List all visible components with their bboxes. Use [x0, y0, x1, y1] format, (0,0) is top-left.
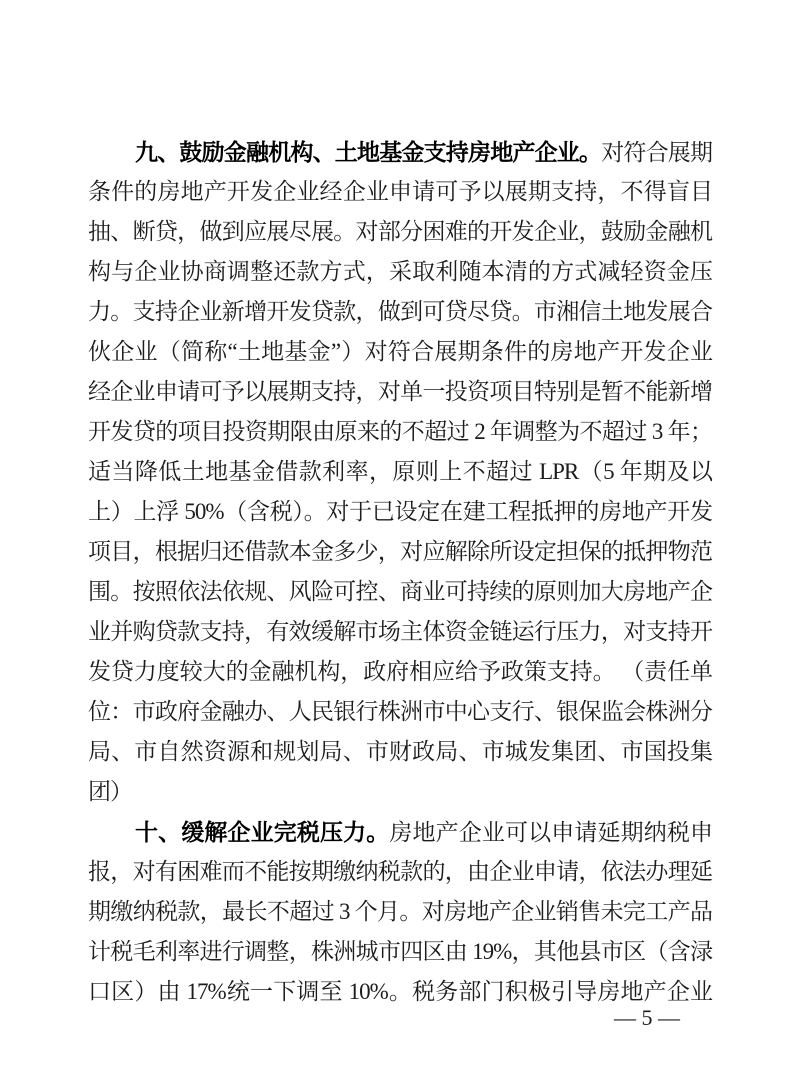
- text-line: 九、鼓励金融机构、土地基金支持房地产企业。对符合展期: [88, 132, 712, 172]
- page-number: — 5 —: [592, 1002, 702, 1034]
- line-text: 伙企业（简称“土地基金”）对符合展期条件的房地产开发企业: [88, 339, 712, 364]
- line-text: 项目，根据归还借款本金多少，对应解除所设定担保的抵押物范: [88, 539, 712, 564]
- line-text: 计税毛利率进行调整，株洲城市四区由 19%，其他县市区（含渌: [88, 939, 712, 964]
- text-line: 条件的房地产开发企业经企业申请可予以展期支持，不得盲目: [88, 172, 712, 212]
- line-text: 发贷力度较大的金融机构，政府相应给予政策支持。 （责任单: [88, 659, 712, 684]
- text-line: 适当降低土地基金借款利率，原则上不超过 LPR（5 年期及以: [88, 452, 712, 492]
- text-line: 报，对有困难而不能按期缴纳税款的，由企业申请，依法办理延: [88, 852, 712, 892]
- text-line: 团）: [88, 772, 712, 812]
- document-body: 九、鼓励金融机构、土地基金支持房地产企业。对符合展期条件的房地产开发企业经企业申…: [88, 132, 712, 1012]
- line-text: 口区）由 17%统一下调至 10%。税务部门积极引导房地产企业: [88, 979, 712, 1004]
- text-line: 计税毛利率进行调整，株洲城市四区由 19%，其他县市区（含渌: [88, 932, 712, 972]
- line-text: 报，对有困难而不能按期缴纳税款的，由企业申请，依法办理延: [88, 859, 712, 884]
- text-line: 伙企业（简称“土地基金”）对符合展期条件的房地产开发企业: [88, 332, 712, 372]
- line-text: 位：市政府金融办、人民银行株洲市中心支行、银保监会株洲分: [88, 699, 712, 724]
- text-line: 期缴纳税款，最长不超过 3 个月。对房地产企业销售未完工产品: [88, 892, 712, 932]
- section-heading: 九、鼓励金融机构、土地基金支持房地产企业。: [135, 139, 601, 165]
- text-line: 业并购贷款支持，有效缓解市场主体资金链运行压力，对支持开: [88, 612, 712, 652]
- line-text: 抽、断贷，做到应展尽展。对部分困难的开发企业，鼓励金融机: [88, 219, 712, 244]
- text-line: 经企业申请可予以展期支持，对单一投资项目特别是暂不能新增: [88, 372, 712, 412]
- text-line: 开发贷的项目投资期限由原来的不超过 2 年调整为不超过 3 年；: [88, 412, 712, 452]
- line-text: 力。支持企业新增开发贷款，做到可贷尽贷。市湘信土地发展合: [88, 299, 712, 324]
- text-line: 局、市自然资源和规划局、市财政局、市城发集团、市国投集: [88, 732, 712, 772]
- text-line: 构与企业协商调整还款方式，采取利随本清的方式减轻资金压: [88, 252, 712, 292]
- line-text: 业并购贷款支持，有效缓解市场主体资金链运行压力，对支持开: [88, 619, 712, 644]
- line-text: 围。按照依法依规、风险可控、商业可持续的原则加大房地产企: [88, 579, 712, 604]
- text-line: 位：市政府金融办、人民银行株洲市中心支行、银保监会株洲分: [88, 692, 712, 732]
- line-text: 经企业申请可予以展期支持，对单一投资项目特别是暂不能新增: [88, 379, 712, 404]
- text-line: 抽、断贷，做到应展尽展。对部分困难的开发企业，鼓励金融机: [88, 212, 712, 252]
- text-line: 十、缓解企业完税压力。房地产企业可以申请延期纳税申: [88, 812, 712, 852]
- line-text: 局、市自然资源和规划局、市财政局、市城发集团、市国投集: [88, 739, 712, 764]
- text-line: 围。按照依法依规、风险可控、商业可持续的原则加大房地产企: [88, 572, 712, 612]
- text-line: 项目，根据归还借款本金多少，对应解除所设定担保的抵押物范: [88, 532, 712, 572]
- line-text: 房地产企业可以申请延期纳税申: [389, 820, 712, 845]
- line-text: 构与企业协商调整还款方式，采取利随本清的方式减轻资金压: [88, 259, 712, 284]
- text-line: 上）上浮 50%（含税）。对于已设定在建工程抵押的房地产开发: [88, 492, 712, 532]
- line-text: 对符合展期: [601, 140, 712, 165]
- line-text: 适当降低土地基金借款利率，原则上不超过 LPR（5 年期及以: [88, 459, 712, 484]
- text-line: 力。支持企业新增开发贷款，做到可贷尽贷。市湘信土地发展合: [88, 292, 712, 332]
- line-text: 开发贷的项目投资期限由原来的不超过 2 年调整为不超过 3 年；: [88, 419, 712, 444]
- line-text: 团）: [88, 779, 132, 804]
- document-page: 九、鼓励金融机构、土地基金支持房地产企业。对符合展期条件的房地产开发企业经企业申…: [0, 0, 793, 1077]
- text-line: 发贷力度较大的金融机构，政府相应给予政策支持。 （责任单: [88, 652, 712, 692]
- line-text: 期缴纳税款，最长不超过 3 个月。对房地产企业销售未完工产品: [88, 899, 712, 924]
- section-heading: 十、缓解企业完税压力。: [135, 819, 389, 845]
- line-text: 上）上浮 50%（含税）。对于已设定在建工程抵押的房地产开发: [88, 499, 712, 524]
- line-text: 条件的房地产开发企业经企业申请可予以展期支持，不得盲目: [88, 179, 712, 204]
